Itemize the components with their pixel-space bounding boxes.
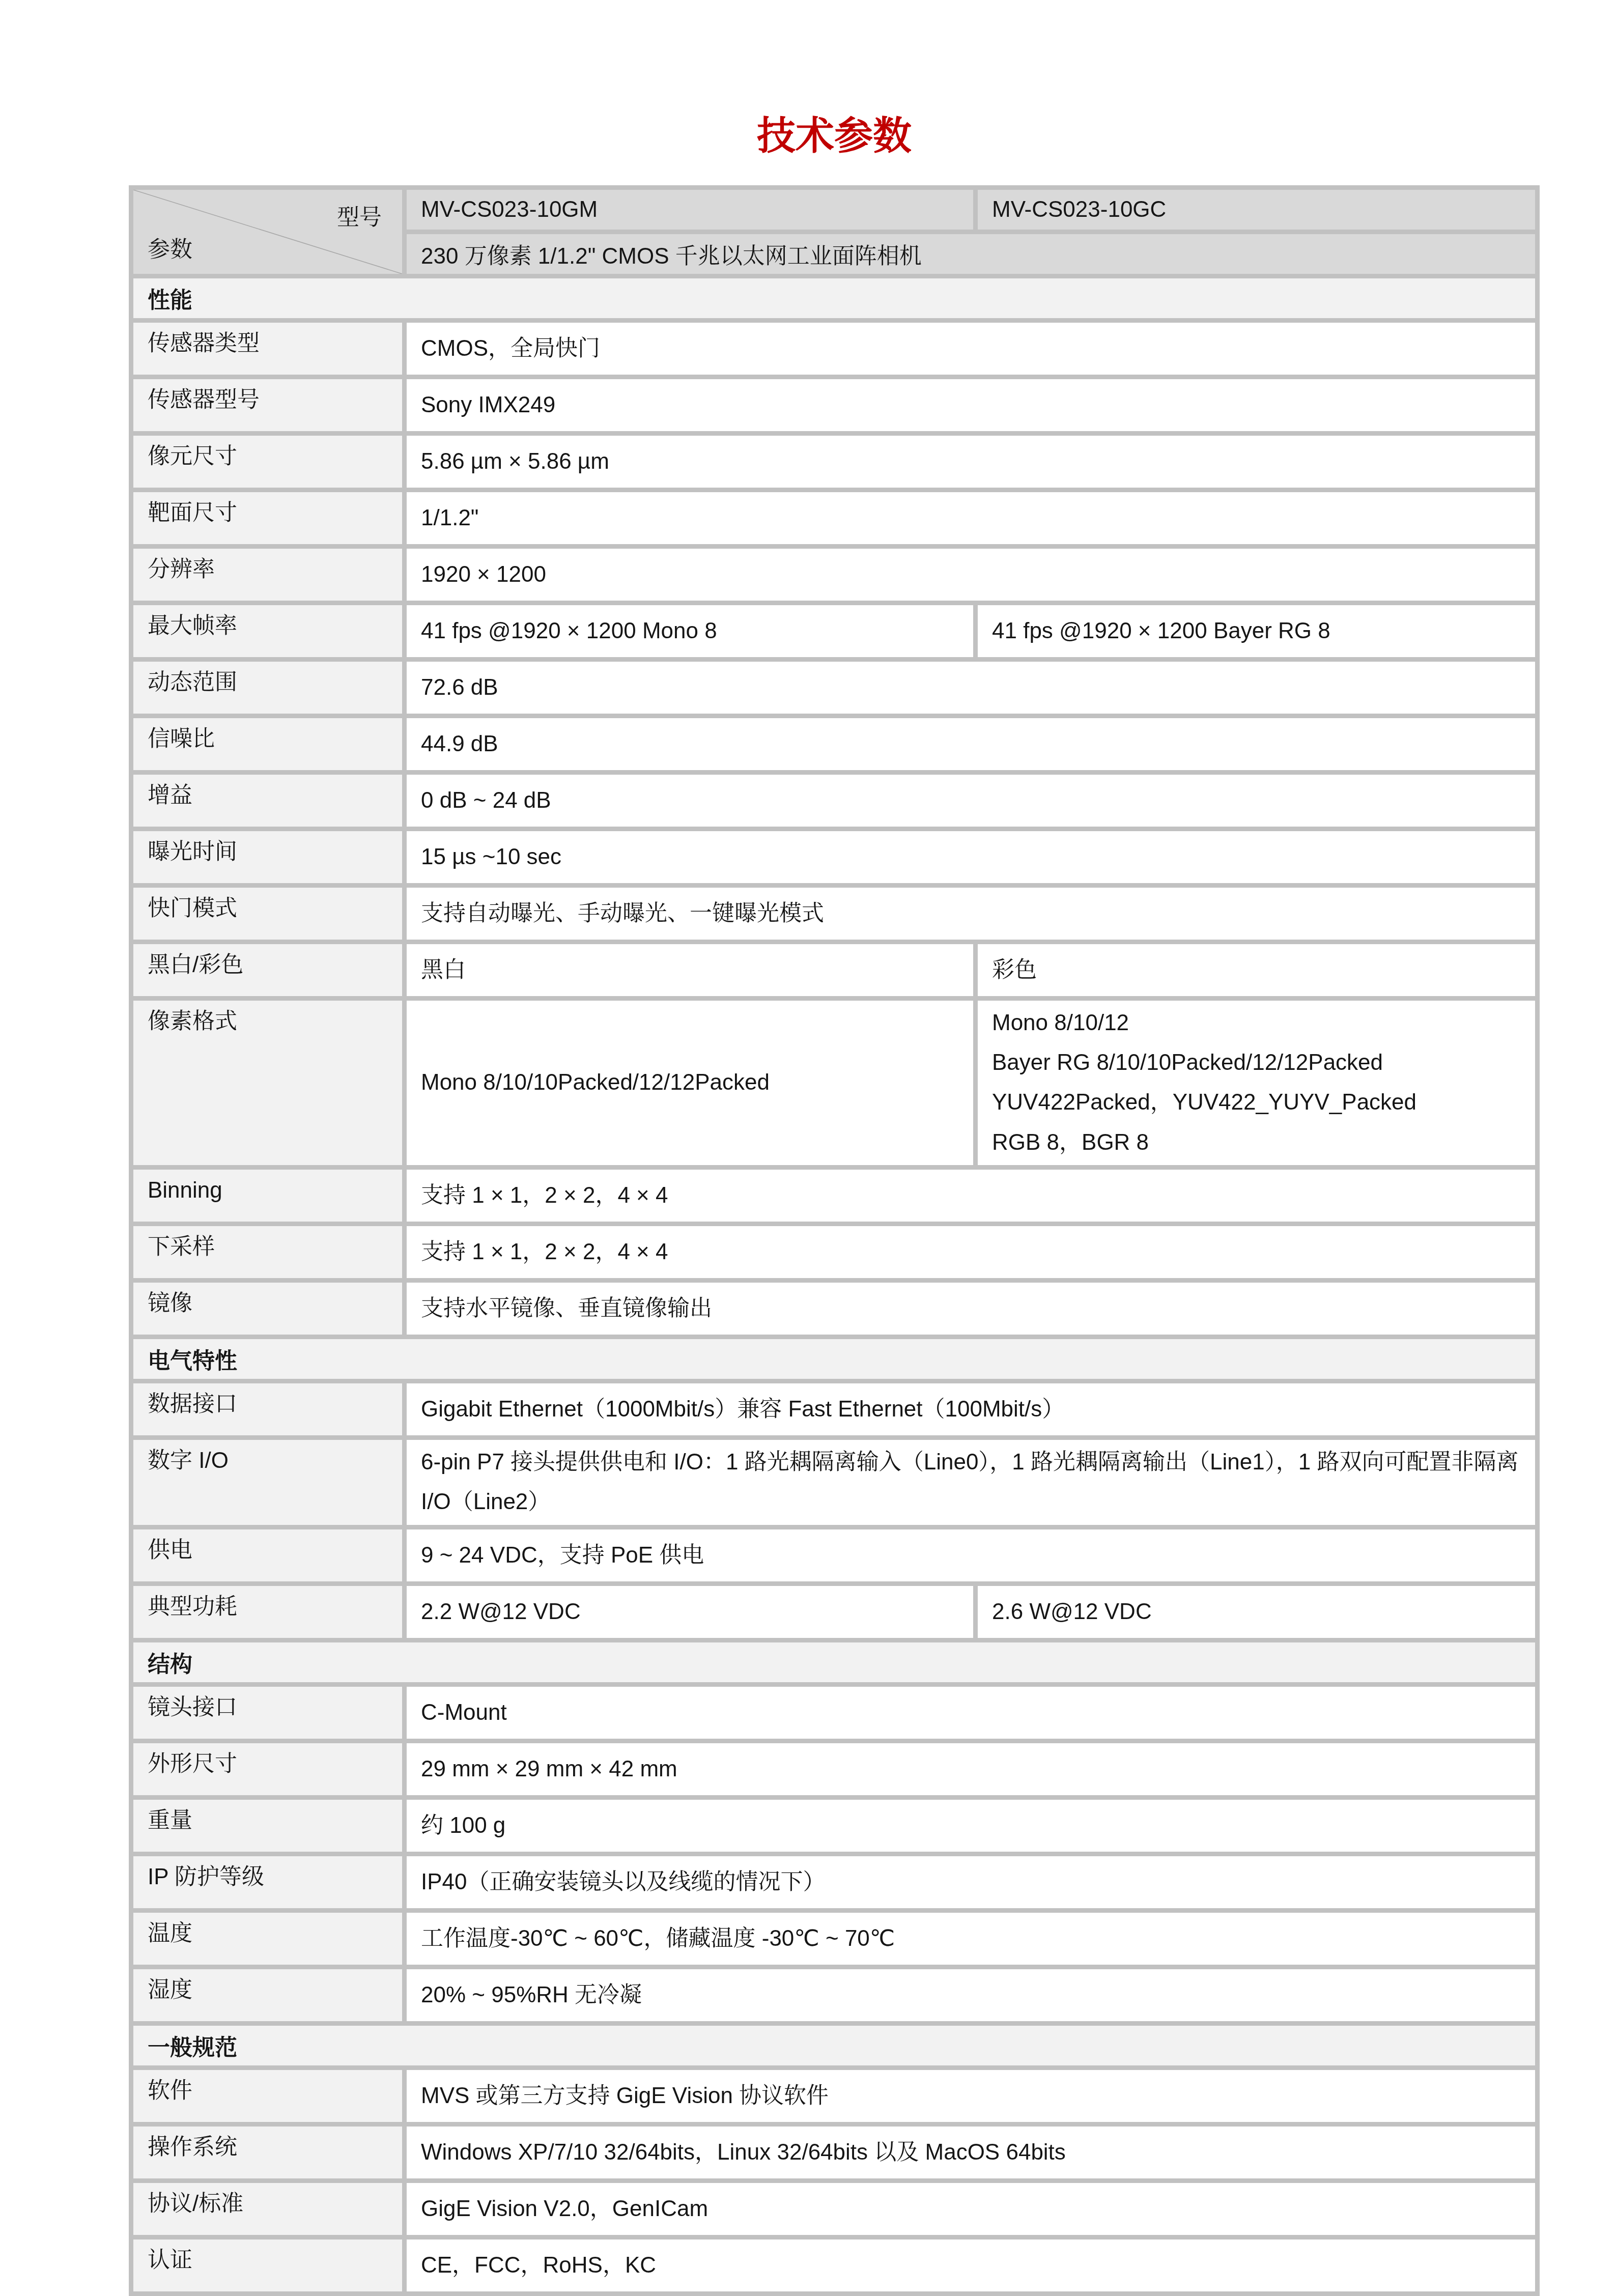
spec-row: 供电9 ~ 24 VDC，支持 PoE 供电	[133, 1529, 1535, 1581]
spec-row: 动态范围72.6 dB	[133, 662, 1535, 714]
spec-value-cell: Mono 8/10/12 Bayer RG 8/10/10Packed/12/1…	[978, 1001, 1535, 1165]
spec-row: 认证CE，FCC，RoHS，KC	[133, 2240, 1535, 2291]
spec-row: 软件MVS 或第三方支持 GigE Vision 协议软件	[133, 2070, 1535, 2122]
section-row: 一般规范	[133, 2026, 1535, 2065]
section-row: 结构	[133, 1642, 1535, 1682]
spec-value-cell: Gigabit Ethernet（1000Mbit/s）兼容 Fast Ethe…	[407, 1383, 1535, 1435]
spec-row: 湿度20% ~ 95%RH 无冷凝	[133, 1969, 1535, 2021]
spec-table-body: 性能传感器类型CMOS，全局快门传感器型号Sony IMX249像元尺寸5.86…	[133, 278, 1535, 2291]
spec-label-cell: 最大帧率	[133, 605, 402, 657]
spec-row: 曝光时间15 µs ~10 sec	[133, 831, 1535, 883]
header-corner-cell: 型号 参数	[133, 190, 402, 274]
header-model-gm: MV-CS023-10GM	[407, 190, 973, 230]
spec-value-cell: GigE Vision V2.0，GenICam	[407, 2183, 1535, 2235]
spec-value-cell: MVS 或第三方支持 GigE Vision 协议软件	[407, 2070, 1535, 2122]
section-row: 电气特性	[133, 1339, 1535, 1379]
spec-value-cell: 工作温度-30℃ ~ 60℃，储藏温度 -30℃ ~ 70℃	[407, 1913, 1535, 1965]
spec-label-cell: 增益	[133, 775, 402, 827]
spec-row: 典型功耗2.2 W@12 VDC2.6 W@12 VDC	[133, 1586, 1535, 1638]
spec-row: 外形尺寸29 mm × 29 mm × 42 mm	[133, 1743, 1535, 1795]
spec-value-cell: 41 fps @1920 × 1200 Bayer RG 8	[978, 605, 1535, 657]
spec-value-cell: CE，FCC，RoHS，KC	[407, 2240, 1535, 2291]
spec-label-cell: 典型功耗	[133, 1586, 402, 1638]
spec-value-cell: 1920 × 1200	[407, 549, 1535, 601]
spec-row: 信噪比44.9 dB	[133, 718, 1535, 770]
page-title: 技术参数	[129, 116, 1540, 157]
spec-label-cell: IP 防护等级	[133, 1856, 402, 1908]
document-page: 技术参数 型号 参数 MV-CS023-10GM MV-CS	[0, 0, 1616, 2285]
spec-label-cell: 供电	[133, 1529, 402, 1581]
section-row: 性能	[133, 278, 1535, 318]
spec-value-cell: 5.86 µm × 5.86 µm	[407, 436, 1535, 488]
header-model-gc: MV-CS023-10GC	[978, 190, 1535, 230]
spec-label-cell: 软件	[133, 2070, 402, 2122]
spec-value-cell: 支持自动曝光、手动曝光、一键曝光模式	[407, 888, 1535, 940]
spec-value-cell: Windows XP/7/10 32/64bits，Linux 32/64bit…	[407, 2127, 1535, 2178]
spec-row: IP 防护等级IP40（正确安装镜头以及线缆的情况下）	[133, 1856, 1535, 1908]
spec-row: Binning支持 1 × 1，2 × 2，4 × 4	[133, 1170, 1535, 1222]
spec-table: 型号 参数 MV-CS023-10GM MV-CS023-10GC 230 万像…	[129, 185, 1540, 2296]
spec-value-cell: 44.9 dB	[407, 718, 1535, 770]
spec-row: 最大帧率41 fps @1920 × 1200 Mono 841 fps @19…	[133, 605, 1535, 657]
spec-value-cell: 72.6 dB	[407, 662, 1535, 714]
spec-label-cell: 重量	[133, 1800, 402, 1852]
spec-value-cell: 1/1.2"	[407, 492, 1535, 544]
spec-row: 传感器类型CMOS，全局快门	[133, 323, 1535, 375]
spec-row: 像素格式Mono 8/10/10Packed/12/12PackedMono 8…	[133, 1001, 1535, 1165]
spec-value-cell: 20% ~ 95%RH 无冷凝	[407, 1969, 1535, 2021]
spec-label-cell: 曝光时间	[133, 831, 402, 883]
spec-row: 镜像支持水平镜像、垂直镜像输出	[133, 1283, 1535, 1335]
spec-label-cell: 认证	[133, 2240, 402, 2291]
spec-value-cell: C-Mount	[407, 1687, 1535, 1739]
spec-row: 数字 I/O6-pin P7 接头提供供电和 I/O：1 路光耦隔离输入（Lin…	[133, 1440, 1535, 1525]
section-header-cell: 性能	[133, 278, 1535, 318]
spec-row: 镜头接口C-Mount	[133, 1687, 1535, 1739]
spec-value-cell: 6-pin P7 接头提供供电和 I/O：1 路光耦隔离输入（Line0），1 …	[407, 1440, 1535, 1525]
spec-label-cell: 外形尺寸	[133, 1743, 402, 1795]
spec-label-cell: 镜像	[133, 1283, 402, 1335]
spec-row: 像元尺寸5.86 µm × 5.86 µm	[133, 436, 1535, 488]
spec-value-cell: 支持 1 × 1，2 × 2，4 × 4	[407, 1226, 1535, 1278]
section-header-cell: 电气特性	[133, 1339, 1535, 1379]
spec-row: 增益0 dB ~ 24 dB	[133, 775, 1535, 827]
spec-label-cell: 镜头接口	[133, 1687, 402, 1739]
spec-label-cell: 快门模式	[133, 888, 402, 940]
spec-label-cell: 分辨率	[133, 549, 402, 601]
spec-row: 靶面尺寸1/1.2"	[133, 492, 1535, 544]
spec-value-cell: 彩色	[978, 944, 1535, 996]
spec-value-cell: 支持水平镜像、垂直镜像输出	[407, 1283, 1535, 1335]
spec-label-cell: 像元尺寸	[133, 436, 402, 488]
header-model-row: 型号 参数 MV-CS023-10GM MV-CS023-10GC	[133, 190, 1535, 230]
spec-value-cell: 2.6 W@12 VDC	[978, 1586, 1535, 1638]
spec-label-cell: 黑白/彩色	[133, 944, 402, 996]
spec-label-cell: Binning	[133, 1170, 402, 1222]
spec-label-cell: 下采样	[133, 1226, 402, 1278]
spec-label-cell: 动态范围	[133, 662, 402, 714]
spec-row: 分辨率1920 × 1200	[133, 549, 1535, 601]
spec-label-cell: 信噪比	[133, 718, 402, 770]
spec-value-cell: CMOS，全局快门	[407, 323, 1535, 375]
spec-label-cell: 数字 I/O	[133, 1440, 402, 1525]
spec-value-cell: 15 µs ~10 sec	[407, 831, 1535, 883]
spec-row: 协议/标准GigE Vision V2.0，GenICam	[133, 2183, 1535, 2235]
spec-row: 数据接口Gigabit Ethernet（1000Mbit/s）兼容 Fast …	[133, 1383, 1535, 1435]
section-header-cell: 结构	[133, 1642, 1535, 1682]
spec-value-cell: 支持 1 × 1，2 × 2，4 × 4	[407, 1170, 1535, 1222]
spec-value-cell: IP40（正确安装镜头以及线缆的情况下）	[407, 1856, 1535, 1908]
document-content: 技术参数 型号 参数 MV-CS023-10GM MV-CS	[129, 116, 1540, 2296]
spec-label-cell: 靶面尺寸	[133, 492, 402, 544]
spec-label-cell: 协议/标准	[133, 2183, 402, 2235]
header-corner-model-label: 型号	[337, 199, 382, 232]
spec-label-cell: 传感器类型	[133, 323, 402, 375]
spec-value-cell: 2.2 W@12 VDC	[407, 1586, 973, 1638]
spec-value-cell: 41 fps @1920 × 1200 Mono 8	[407, 605, 973, 657]
spec-value-cell: 约 100 g	[407, 1800, 1535, 1852]
spec-row: 快门模式支持自动曝光、手动曝光、一键曝光模式	[133, 888, 1535, 940]
spec-label-cell: 像素格式	[133, 1001, 402, 1165]
spec-row: 黑白/彩色黑白彩色	[133, 944, 1535, 996]
spec-row: 操作系统Windows XP/7/10 32/64bits，Linux 32/6…	[133, 2127, 1535, 2178]
spec-value-cell: Sony IMX249	[407, 379, 1535, 431]
spec-label-cell: 数据接口	[133, 1383, 402, 1435]
spec-label-cell: 操作系统	[133, 2127, 402, 2178]
spec-label-cell: 温度	[133, 1913, 402, 1965]
header-description-cell: 230 万像素 1/1.2" CMOS 千兆以太网工业面阵相机	[407, 234, 1535, 274]
spec-label-cell: 湿度	[133, 1969, 402, 2021]
spec-label-cell: 传感器型号	[133, 379, 402, 431]
spec-row: 下采样支持 1 × 1，2 × 2，4 × 4	[133, 1226, 1535, 1278]
spec-value-cell: 0 dB ~ 24 dB	[407, 775, 1535, 827]
section-header-cell: 一般规范	[133, 2026, 1535, 2065]
spec-row: 温度工作温度-30℃ ~ 60℃，储藏温度 -30℃ ~ 70℃	[133, 1913, 1535, 1965]
header-corner-param-label: 参数	[148, 231, 192, 264]
spec-row: 传感器型号Sony IMX249	[133, 379, 1535, 431]
spec-row: 重量约 100 g	[133, 1800, 1535, 1852]
spec-value-cell: 29 mm × 29 mm × 42 mm	[407, 1743, 1535, 1795]
spec-value-cell: 黑白	[407, 944, 973, 996]
spec-value-cell: Mono 8/10/10Packed/12/12Packed	[407, 1001, 973, 1165]
spec-value-cell: 9 ~ 24 VDC，支持 PoE 供电	[407, 1529, 1535, 1581]
